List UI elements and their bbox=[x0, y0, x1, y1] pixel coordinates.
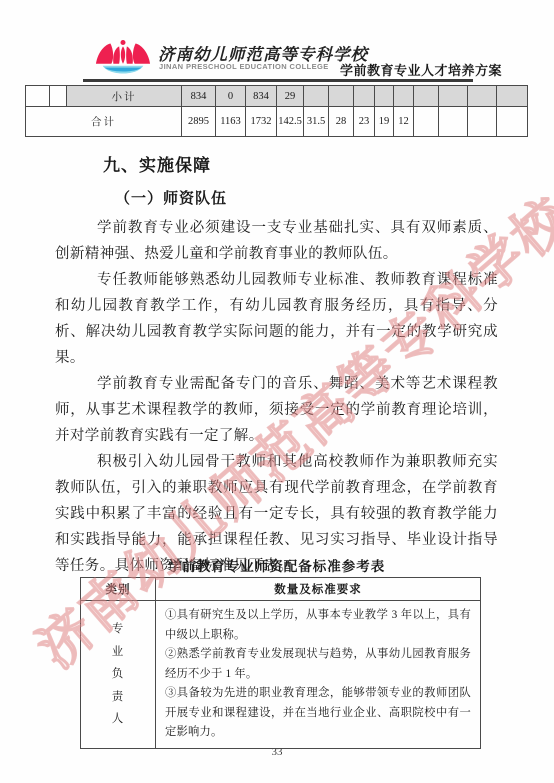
table-row-total: 合计 2895 1163 1732 142.5 31.5 28 23 19 12 bbox=[26, 107, 528, 137]
cell-value bbox=[375, 86, 394, 107]
cell-value: 31.5 bbox=[304, 107, 329, 137]
cell-value bbox=[394, 86, 414, 107]
cell-empty bbox=[50, 86, 67, 107]
school-logo-icon bbox=[94, 37, 152, 79]
cell-value bbox=[439, 86, 468, 107]
staff-table: 类别 数量及标准要求 专 业 负 责 人 ①具有研究生及以上学历，从事本专业教学… bbox=[80, 577, 481, 749]
subsection-heading: （一）师资队伍 bbox=[115, 187, 498, 208]
total-label: 合计 bbox=[26, 107, 182, 137]
cell-value bbox=[329, 86, 354, 107]
cell-value: 28 bbox=[329, 107, 354, 137]
cell-value bbox=[304, 86, 329, 107]
requirement-item: ②熟悉学前教育专业发展现状与趋势，从事幼儿园教育服务经历不少于 1 年。 bbox=[165, 645, 471, 684]
document-page: 济南幼儿师范高等专科学校 JINAN PRESCHOOL EDUCATION C… bbox=[0, 0, 554, 783]
staff-table-header-row: 类别 数量及标准要求 bbox=[81, 578, 481, 601]
category-char: 人 bbox=[81, 708, 155, 731]
cell-value: 19 bbox=[375, 107, 394, 137]
paragraph: 专任教师能够熟悉幼儿园教师专业标准、教师教育课程标准和幼儿园教育教学工作，有幼儿… bbox=[55, 267, 498, 371]
cell-value bbox=[414, 107, 439, 137]
cell-value: 29 bbox=[277, 86, 304, 107]
category-char: 责 bbox=[81, 686, 155, 709]
cell-value bbox=[414, 86, 439, 107]
cell-value: 1732 bbox=[246, 107, 277, 137]
subtotal-label: 小计 bbox=[67, 86, 182, 107]
staff-table-row: 专 业 负 责 人 ①具有研究生及以上学历，从事本专业教学 3 年以上，具有中级… bbox=[81, 601, 481, 749]
cell-value bbox=[354, 86, 375, 107]
cell-value: 834 bbox=[246, 86, 277, 107]
category-char: 专 bbox=[81, 618, 155, 641]
cell-value: 0 bbox=[216, 86, 246, 107]
cell-value bbox=[497, 86, 528, 107]
staff-table-title: 学前教育专业师资配备标准参考表 bbox=[55, 555, 498, 575]
cell-value: 834 bbox=[182, 86, 216, 107]
category-cell: 专 业 负 责 人 bbox=[81, 601, 156, 749]
requirements-cell: ①具有研究生及以上学历，从事本专业教学 3 年以上，具有中级以上职称。 ②熟悉学… bbox=[156, 601, 481, 749]
header-divider bbox=[83, 79, 473, 82]
table-row-subtotal: 小计 834 0 834 29 bbox=[26, 86, 528, 107]
section-heading: 九、实施保障 bbox=[103, 151, 498, 176]
cell-value: 142.5 bbox=[277, 107, 304, 137]
section-implementation-guarantee: 九、实施保障 （一）师资队伍 学前教育专业必须建设一支专业基础扎实、具有双师素质… bbox=[55, 151, 498, 579]
requirement-item: ①具有研究生及以上学历，从事本专业教学 3 年以上，具有中级以上职称。 bbox=[165, 606, 471, 645]
col-header-category: 类别 bbox=[81, 578, 156, 601]
cell-value: 2895 bbox=[182, 107, 216, 137]
cell-value: 12 bbox=[394, 107, 414, 137]
cell-value: 1163 bbox=[216, 107, 246, 137]
cell-value bbox=[468, 107, 497, 137]
paragraph: 学前教育专业必须建设一支专业基础扎实、具有双师素质、创新精神强、热爱儿童和学前教… bbox=[55, 215, 498, 267]
summary-table: 小计 834 0 834 29 合计 2895 1163 1732 142.5 … bbox=[25, 85, 528, 137]
cell-value: 23 bbox=[354, 107, 375, 137]
school-name-en: JINAN PRESCHOOL EDUCATION COLLEGE bbox=[159, 62, 329, 71]
col-header-requirements: 数量及标准要求 bbox=[156, 578, 481, 601]
doc-title: 学前教育专业人才培养方案 bbox=[340, 60, 498, 79]
cell-value bbox=[439, 107, 468, 137]
category-char: 业 bbox=[81, 641, 155, 664]
cell-empty bbox=[26, 86, 50, 107]
paragraph: 学前教育专业需配备专门的音乐、舞蹈、美术等艺术课程教师，从事艺术课程教学的教师，… bbox=[55, 371, 498, 449]
cell-value bbox=[468, 86, 497, 107]
cell-value bbox=[497, 107, 528, 137]
category-char: 负 bbox=[81, 663, 155, 686]
requirement-item: ③具备较为先进的职业教育理念，能够带领专业的教师团队开展专业和课程建设，并在当地… bbox=[165, 684, 471, 743]
